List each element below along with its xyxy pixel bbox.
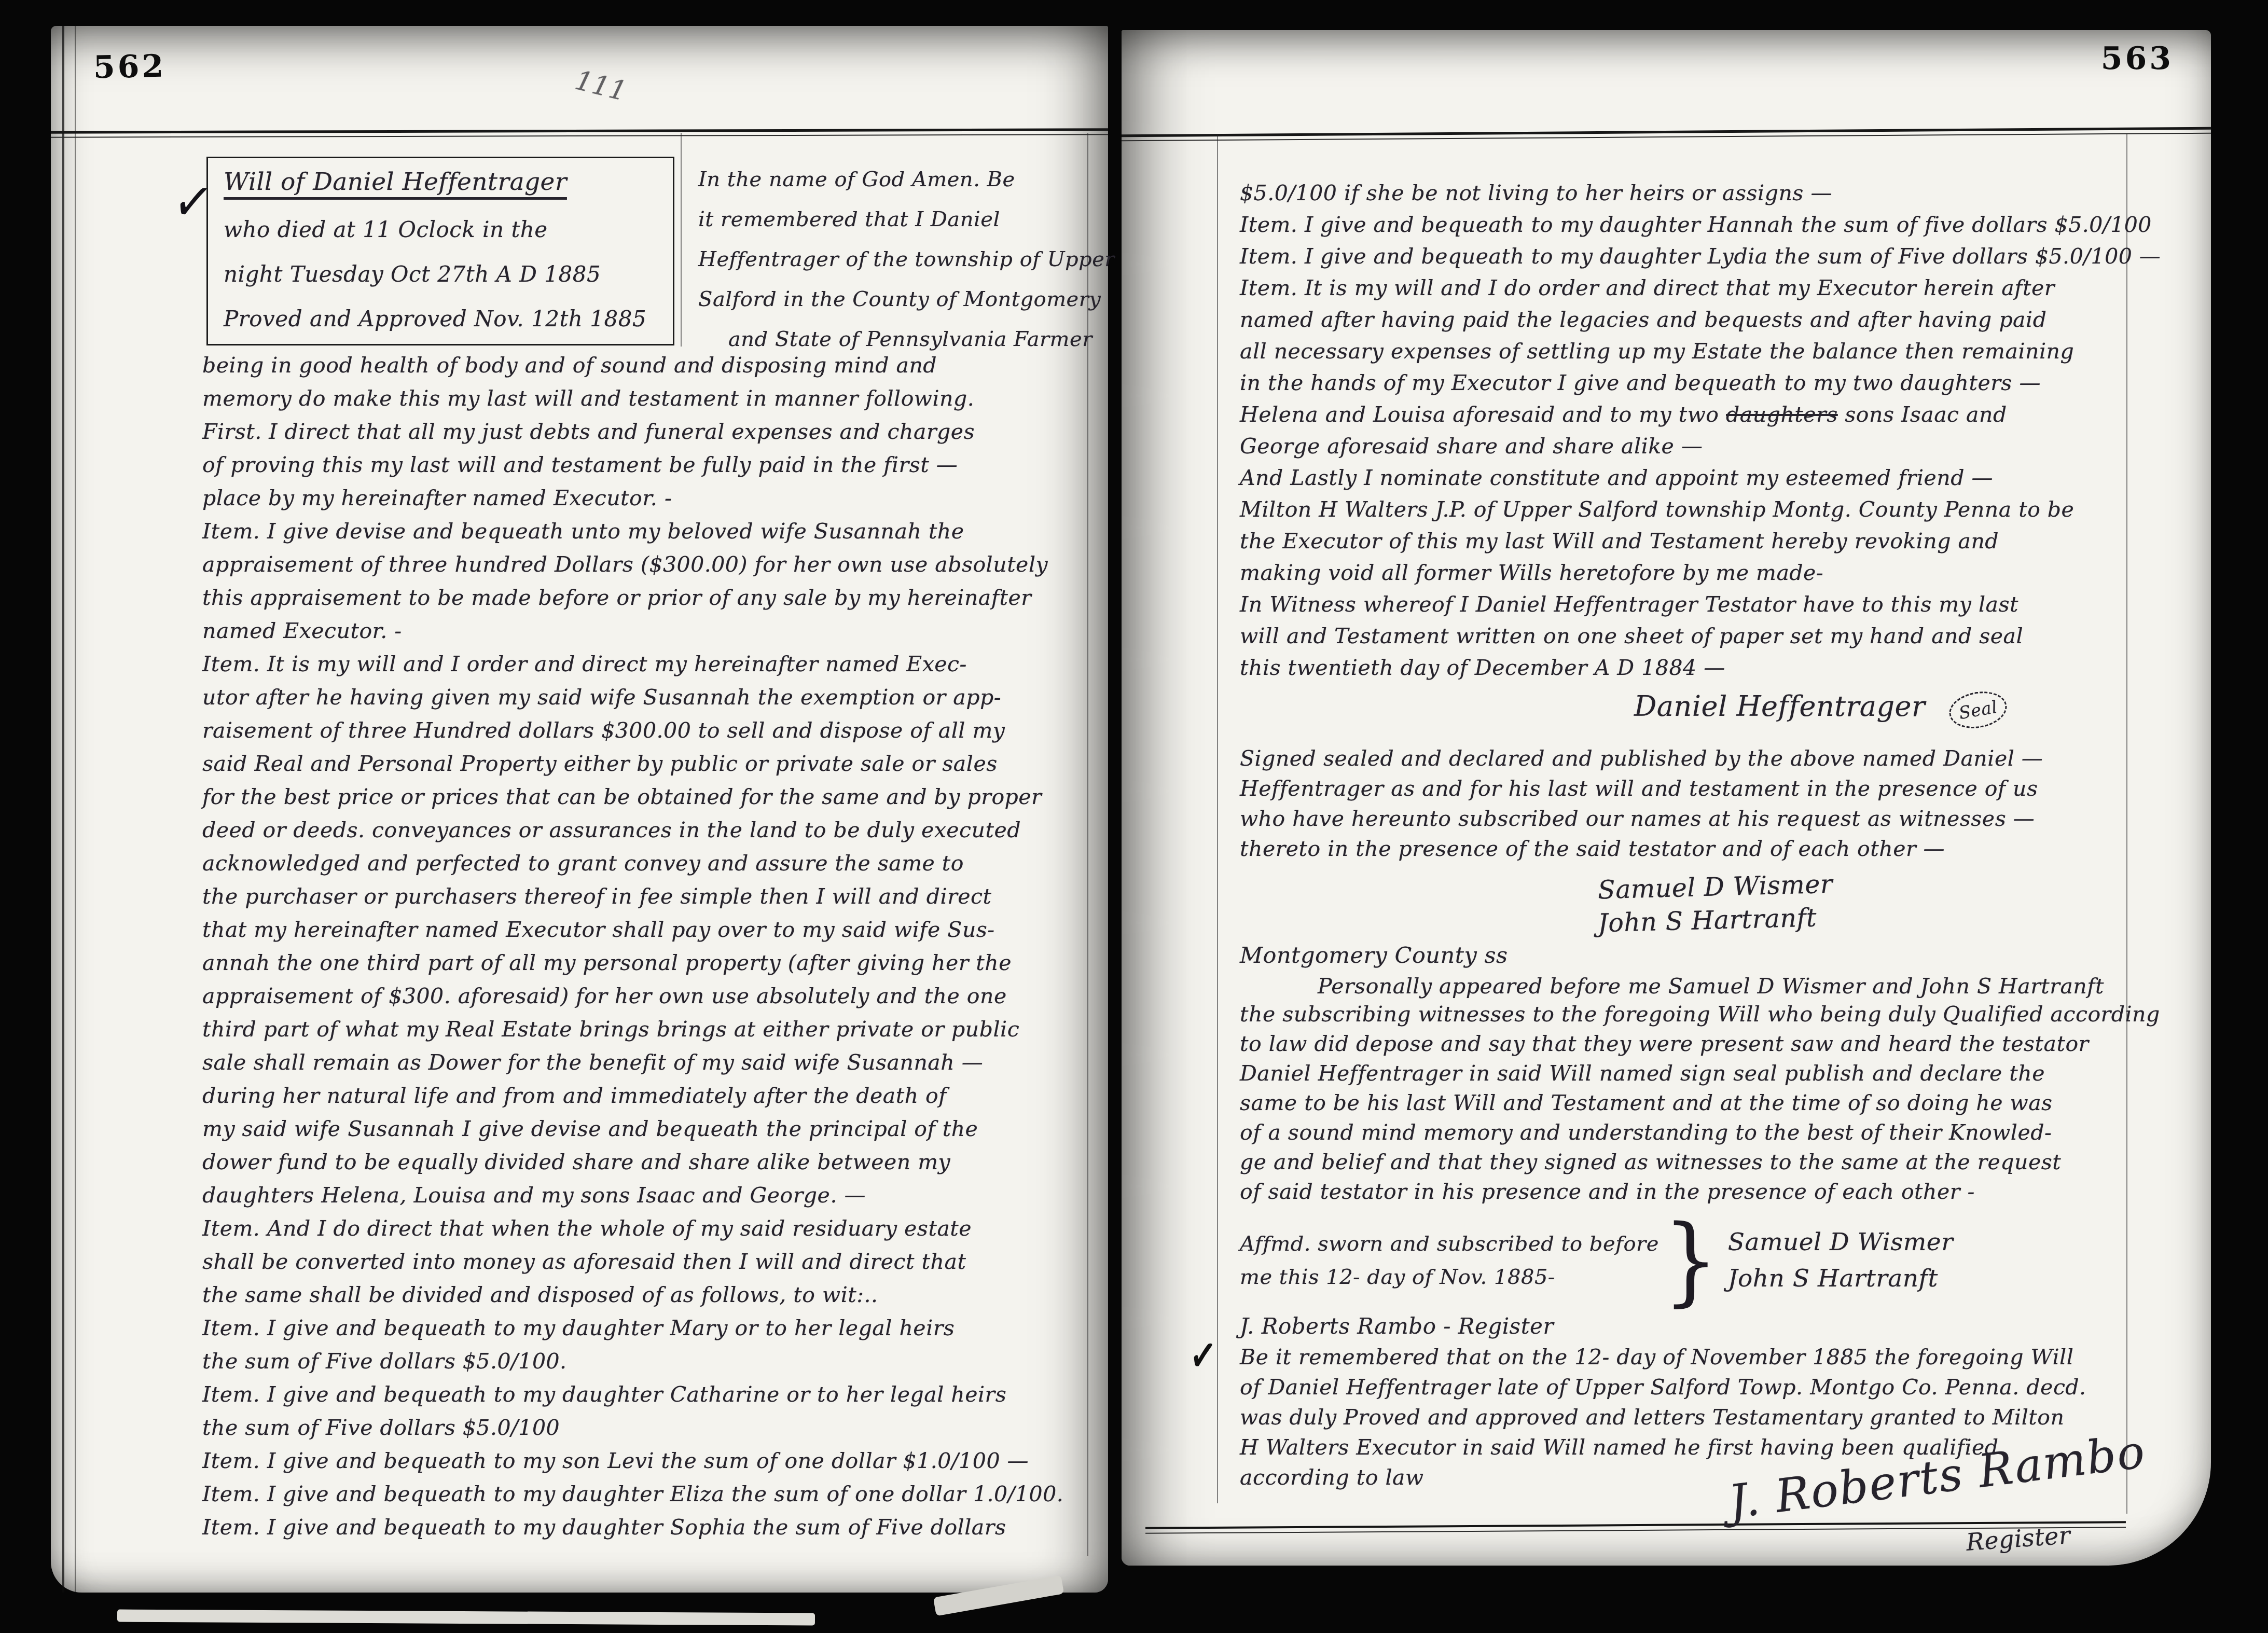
handwritten-line: $5.0/100 if she be not living to her hei…	[1240, 177, 2130, 209]
handwritten-line: Item. It is my will and I do order and d…	[1240, 272, 2130, 304]
handwritten-line: Heffentrager as and for his last will an…	[1240, 773, 2130, 804]
handwritten-line: all necessary expenses of settling up my…	[1240, 336, 2130, 367]
handwritten-line: the sum of Five dollars $5.0/100	[202, 1411, 1089, 1444]
witness-signatures: Samuel D Wismer John S Hartranft	[1728, 1224, 1953, 1297]
page-number: 562	[93, 48, 166, 86]
handwritten-line: Affmd. sworn and subscribed to before	[1240, 1227, 1659, 1261]
probate-intro-line: Personally appeared before me Samuel D W…	[1240, 974, 2130, 999]
pencil-mark: 111	[572, 65, 630, 108]
handwritten-line: dower fund to be equally divided share a…	[202, 1145, 1089, 1179]
handwritten-line: ge and belief and that they signed as wi…	[1240, 1147, 2130, 1177]
witness-signature: John S Hartranft	[1728, 1261, 1953, 1297]
handwritten-line: appraisement of $300. aforesaid) for her…	[202, 979, 1089, 1013]
handwritten-line: of said testator in his presence and in …	[1240, 1177, 2130, 1207]
page-562: 562 111 ✓ Will of Daniel Heffentrager wh…	[51, 26, 1108, 1593]
handwritten-line: the purchaser or purchasers thereof in f…	[202, 880, 1089, 913]
handwritten-line: Item. I give and bequeath to my daughter…	[202, 1378, 1089, 1411]
handwritten-line: of Daniel Heffentrager late of Upper Sal…	[1240, 1372, 2130, 1402]
handwritten-line: shall be converted into money as aforesa…	[202, 1245, 1089, 1278]
handwritten-line: Item. And I do direct that when the whol…	[202, 1212, 1089, 1245]
register-attestation-line: J. Roberts Rambo - Register	[1240, 1313, 2130, 1339]
heading-line: Proved and Approved Nov. 12th 1885	[224, 297, 666, 341]
handwritten-line: Be it remembered that on the 12- day of …	[1240, 1342, 2130, 1372]
handwritten-line: sale shall remain as Dower for the benef…	[202, 1046, 1089, 1079]
handwritten-line: thereto in the presence of the said test…	[1240, 834, 2130, 864]
handwritten-line: Item. I give and bequeath to my daughter…	[202, 1477, 1089, 1511]
handwritten-line: First. I direct that all my just debts a…	[202, 415, 1089, 448]
handwritten-line: third part of what my Real Estate brings…	[202, 1013, 1089, 1046]
handwritten-line: Item. I give and bequeath to my daughter…	[1240, 209, 2130, 241]
handwritten-line: me this 12- day of Nov. 1885-	[1240, 1261, 1659, 1294]
handwritten-line: the sum of Five dollars $5.0/100.	[202, 1345, 1089, 1378]
handwritten-line: named Executor. -	[202, 614, 1089, 647]
heading-title-text: Will of Daniel Heffentrager	[224, 168, 567, 196]
handwritten-line: this twentieth day of December A D 1884 …	[1240, 652, 2130, 684]
affirmation-text: Affmd. sworn and subscribed to before me…	[1240, 1227, 1659, 1294]
witness-signatures: Samuel D Wismer John S Hartranft	[1598, 867, 2130, 933]
affirmation-block: Affmd. sworn and subscribed to before me…	[1240, 1210, 2130, 1311]
handwritten-line: named after having paid the legacies and…	[1240, 304, 2130, 336]
heading-line: night Tuesday Oct 27th A D 1885	[224, 252, 666, 297]
top-rule	[51, 128, 1108, 137]
handwritten-line: of a sound mind memory and understanding…	[1240, 1118, 2130, 1147]
line-text: sons Isaac and	[1838, 402, 2007, 427]
handwritten-line: Item. I give devise and bequeath unto my…	[202, 515, 1089, 548]
handwritten-line: the subscribing witnesses to the foregoi…	[1240, 1000, 2130, 1029]
handwritten-line: Item. It is my will and I order and dire…	[202, 647, 1089, 681]
handwritten-line: my said wife Susannah I give devise and …	[202, 1112, 1089, 1145]
handwritten-line: who have hereunto subscribed our names a…	[1240, 804, 2130, 834]
handwritten-line: this appraisement to be made before or p…	[202, 581, 1089, 614]
handwritten-line: Item. I give and bequeath to my daughter…	[202, 1511, 1089, 1544]
check-mark-icon: ✓	[1188, 1329, 1218, 1383]
handwritten-line-with-strikethrough: Helena and Louisa aforesaid and to my tw…	[1240, 399, 2130, 431]
handwritten-line: daughters Helena, Louisa and my sons Isa…	[202, 1179, 1089, 1212]
top-rule	[1122, 127, 2211, 142]
handwritten-line: utor after he having given my said wife …	[202, 681, 1089, 714]
handwritten-line: will and Testament written on one sheet …	[1240, 620, 2130, 652]
handwritten-line: appraisement of three hundred Dollars ($…	[202, 548, 1089, 581]
handwritten-line: deed or deeds. conveyances or assurances…	[202, 813, 1089, 847]
handwritten-line: In the name of God Amen. Be	[698, 160, 1098, 200]
heading-line: who died at 11 Oclock in the	[224, 207, 666, 252]
will-body-text: being in good health of body and of soun…	[202, 349, 1089, 1544]
handwritten-line: being in good health of body and of soun…	[202, 349, 1089, 382]
handwritten-line: of proving this my last will and testame…	[202, 448, 1089, 481]
page-number: 563	[2101, 40, 2174, 77]
handwritten-line: the Executor of this my last Will and Te…	[1240, 525, 2130, 557]
testator-signature: Daniel HeffentragerSeal	[1240, 690, 2130, 728]
handwritten-line: George aforesaid share and share alike —	[1240, 431, 2130, 462]
handwritten-line: Item. I give and bequeath to my son Levi…	[202, 1444, 1089, 1477]
brace-icon: }	[1663, 1205, 1719, 1317]
handwritten-line: Salford in the County of Montgomery	[698, 280, 1098, 320]
handwritten-line: making void all former Wills heretofore …	[1240, 557, 2130, 589]
page-563: 563 $5.0/100 if she be not living to her…	[1122, 30, 2211, 1566]
handwritten-line: Daniel Heffentrager in said Will named s…	[1240, 1059, 2130, 1088]
line-text: Helena and Louisa aforesaid and to my tw…	[1240, 402, 1726, 427]
struck-word: daughters	[1726, 402, 1838, 427]
handwritten-line: the same shall be divided and disposed o…	[202, 1278, 1089, 1311]
handwritten-line: raisement of three Hundred dollars $300.…	[202, 714, 1089, 747]
handwritten-line: Signed sealed and declared and published…	[1240, 743, 2130, 773]
opening-column: In the name of God Amen. Be it remembere…	[698, 160, 1098, 359]
handwritten-line: In Witness whereof I Daniel Heffentrager…	[1240, 589, 2130, 620]
handwritten-line: that my hereinafter named Executor shall…	[202, 913, 1089, 946]
binding-edge-line	[62, 26, 64, 1593]
handwritten-line: And Lastly I nominate constitute and app…	[1240, 462, 2130, 494]
heading-title: Will of Daniel Heffentrager	[224, 168, 666, 196]
handwritten-line: in the hands of my Executor I give and b…	[1240, 367, 2130, 399]
handwritten-line: for the best price or prices that can be…	[202, 780, 1089, 813]
handwritten-line: annah the one third part of all my perso…	[202, 946, 1089, 979]
handwritten-line: same to be his last Will and Testament a…	[1240, 1088, 2130, 1118]
handwritten-line: Heffentrager of the township of Upper	[698, 240, 1098, 280]
witness-signature: Samuel D Wismer	[1728, 1224, 1953, 1261]
county-caption: Montgomery County ss	[1240, 943, 2130, 968]
page-edge-strip	[117, 1609, 815, 1625]
attestation-clause: Signed sealed and declared and published…	[1240, 743, 2130, 864]
handwritten-line: said Real and Personal Property either b…	[202, 747, 1089, 780]
will-heading-box: Will of Daniel Heffentrager who died at …	[206, 157, 674, 345]
probate-deposition: the subscribing witnesses to the foregoi…	[1240, 1000, 2130, 1207]
handwritten-line: was duly Proved and approved and letters…	[1240, 1402, 2130, 1432]
handwritten-line: Item. I give and bequeath to my daughter…	[1240, 241, 2130, 272]
margin-rule	[1217, 134, 1218, 1503]
handwritten-line: memory do make this my last will and tes…	[202, 382, 1089, 415]
handwritten-line: Milton H Walters J.P. of Upper Salford t…	[1240, 494, 2130, 525]
signature-name: Daniel Heffentrager	[1634, 690, 1925, 723]
handwritten-line: it remembered that I Daniel	[698, 200, 1098, 240]
handwritten-line: to law did depose and say that they were…	[1240, 1029, 2130, 1059]
column-rule	[681, 133, 682, 347]
handwritten-line: Item. I give and bequeath to my daughter…	[202, 1311, 1089, 1345]
binding-edge-line	[75, 26, 76, 1593]
seal-stamp: Seal	[1946, 687, 2010, 732]
will-book-scan: 562 111 ✓ Will of Daniel Heffentrager wh…	[0, 0, 2268, 1633]
handwritten-line: acknowledged and perfected to grant conv…	[202, 847, 1089, 880]
will-body-text: $5.0/100 if she be not living to her hei…	[1240, 177, 2130, 1492]
probate-grant-note: ✓ Be it remembered that on the 12- day o…	[1240, 1342, 2130, 1492]
handwritten-line: place by my hereinafter named Executor. …	[202, 481, 1089, 515]
handwritten-line: during her natural life and from and imm…	[202, 1079, 1089, 1112]
